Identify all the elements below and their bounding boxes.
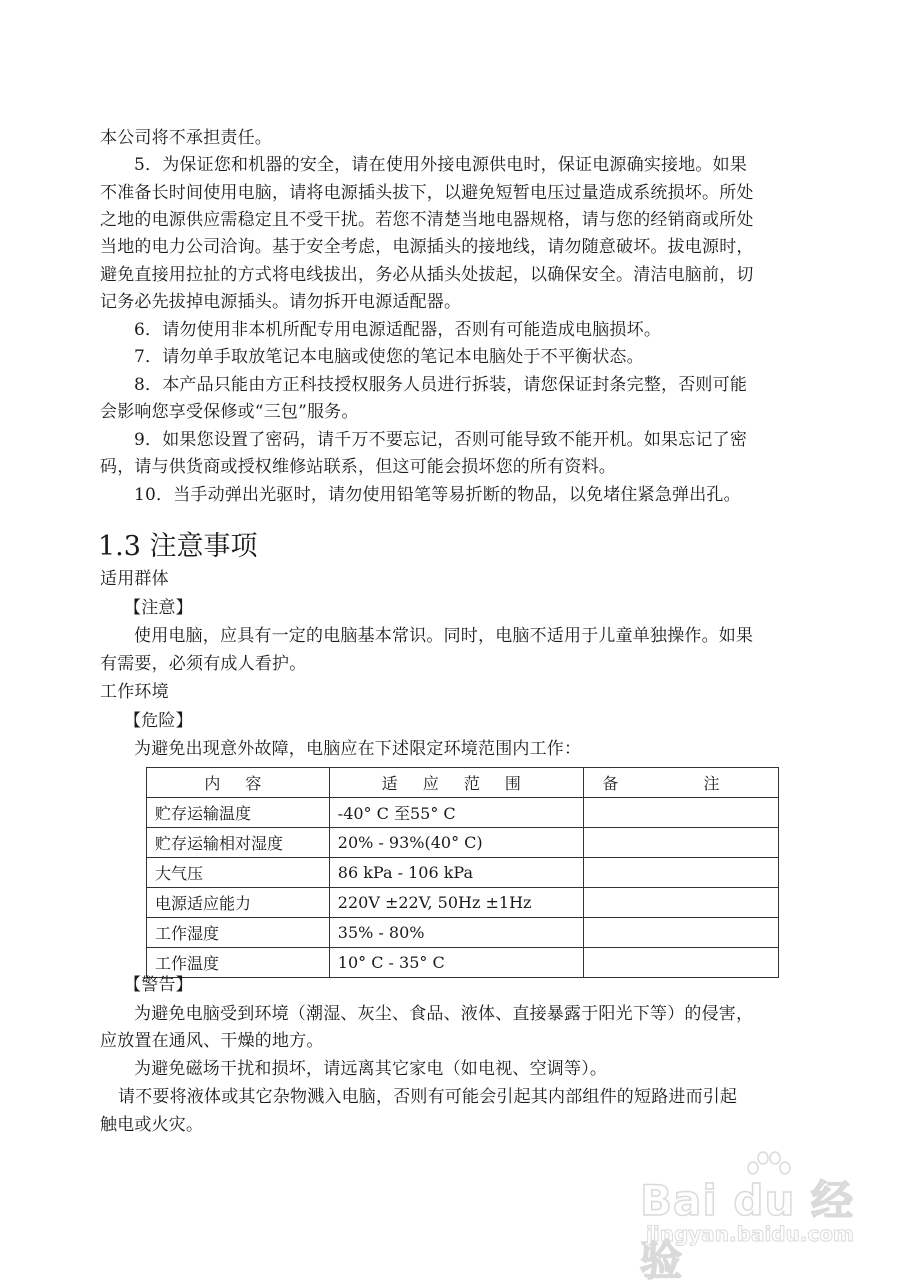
table-cell: -40° C 至55° C — [329, 798, 583, 828]
table-cell: 35% - 80% — [329, 918, 583, 948]
paragraph-line: 本公司将不承担责任。 — [100, 128, 272, 148]
subheading-environment: 工作环境 — [100, 682, 169, 702]
warning-line: 为避免磁场干扰和损坏，请远离其它家电（如电视、空调等）。 — [134, 1059, 607, 1079]
table-cell: 贮存运输相对湿度 — [147, 828, 330, 858]
table-header: 备 注 — [583, 768, 778, 798]
paragraph-line: 6．请勿使用非本机所配专用电源适配器，否则有可能造成电脑损坏。 — [134, 320, 661, 340]
table-cell: 贮存运输温度 — [147, 798, 330, 828]
section-heading: 1.3 注意事项 — [98, 530, 258, 564]
table-row: 工作湿度 35% - 80% — [147, 918, 779, 948]
document-page: 本公司将不承担责任。 5．为保证您和机器的安全，请在使用外接电源供电时，保证电源… — [0, 0, 906, 1280]
table-cell: 220V ±22V, 50Hz ±1Hz — [329, 888, 583, 918]
table-cell: 10° C - 35° C — [329, 948, 583, 978]
table-cell: 20% - 93%(40° C) — [329, 828, 583, 858]
table-cell — [583, 858, 778, 888]
danger-intro: 为避免出现意外故障，电脑应在下述限定环境范围内工作： — [134, 739, 581, 759]
paragraph-line: 9．如果您设置了密码，请千万不要忘记，否则可能导致不能开机。如果忘记了密 — [134, 430, 747, 450]
table-header-row: 内 容 适 应 范 围 备 注 — [147, 768, 779, 798]
paragraph-line: 记务必先拔掉电源插头。请勿拆开电源适配器。 — [100, 292, 461, 312]
paragraph-line: 8．本产品只能由方正科技授权服务人员进行拆装，请您保证封条完整，否则可能 — [134, 375, 747, 395]
notice-label: 【注意】 — [124, 598, 193, 618]
table-row: 贮存运输温度 -40° C 至55° C — [147, 798, 779, 828]
paragraph-line: 当地的电力公司洽询。基于安全考虑，电源插头的接地线，请勿随意破坏。拔电源时， — [100, 237, 754, 257]
table-cell — [583, 918, 778, 948]
warning-line: 请不要将液体或其它杂物溅入电脑，否则有可能会引起其内部组件的短路进而引起 — [118, 1087, 737, 1107]
notice-line: 有需要，必须有成人看护。 — [100, 654, 306, 674]
paragraph-line: 7．请勿单手取放笔记本电脑或使您的笔记本电脑处于不平衡状态。 — [134, 347, 644, 367]
warning-line: 应放置在通风、干燥的地方。 — [100, 1031, 324, 1051]
paragraph-line: 会影响您享受保修或“三包”服务。 — [100, 402, 359, 422]
paragraph-line: 5．为保证您和机器的安全，请在使用外接电源供电时，保证电源确实接地。如果 — [134, 155, 747, 175]
watermark-url: jingyan.baidu.com — [646, 1222, 854, 1246]
warning-line: 为避免电脑受到环境（潮湿、灰尘、食品、液体、直接暴露于阳光下等）的侵害， — [134, 1004, 753, 1024]
paragraph-line: 避免直接用拉扯的方式将电线拔出，务必从插头处拔起，以确保安全。清洁电脑前，切 — [100, 265, 754, 285]
table-cell — [583, 798, 778, 828]
table-row: 工作温度 10° C - 35° C — [147, 948, 779, 978]
table-row: 贮存运输相对湿度 20% - 93%(40° C) — [147, 828, 779, 858]
table-row: 电源适应能力 220V ±22V, 50Hz ±1Hz — [147, 888, 779, 918]
table-row: 大气压 86 kPa - 106 kPa — [147, 858, 779, 888]
table-cell: 工作温度 — [147, 948, 330, 978]
table-header: 内 容 — [147, 768, 330, 798]
table-cell: 86 kPa - 106 kPa — [329, 858, 583, 888]
table-cell: 工作湿度 — [147, 918, 330, 948]
table-cell: 大气压 — [147, 858, 330, 888]
warning-label: 【警告】 — [124, 975, 193, 995]
notice-line: 使用电脑，应具有一定的电脑基本常识。同时，电脑不适用于儿童单独操作。如果 — [134, 626, 753, 646]
paragraph-line: 10．当手动弹出光驱时，请勿使用铅笔等易折断的物品，以免堵住紧急弹出孔。 — [134, 485, 741, 505]
subheading-applicable: 适用群体 — [100, 569, 169, 589]
table-cell — [583, 888, 778, 918]
table-cell — [583, 828, 778, 858]
table-cell: 电源适应能力 — [147, 888, 330, 918]
paragraph-line: 不准备长时间使用电脑，请将电源插头拔下，以避免短暂电压过量造成系统损坏。所处 — [100, 183, 754, 203]
environment-table: 内 容 适 应 范 围 备 注 贮存运输温度 -40° C 至55° C 贮存运… — [146, 767, 779, 978]
table-header: 适 应 范 围 — [329, 768, 583, 798]
table-cell — [583, 948, 778, 978]
warning-line: 触电或火灾。 — [100, 1115, 203, 1135]
paragraph-line: 码，请与供货商或授权维修站联系，但这可能会损坏您的所有资料。 — [100, 457, 616, 477]
danger-label: 【危险】 — [124, 711, 193, 731]
baidu-jingyan-watermark: Bai du 经验 jingyan.baidu.com — [640, 1150, 880, 1260]
paragraph-line: 之地的电源供应需稳定且不受干扰。若您不清楚当地电器规格，请与您的经销商或所处 — [100, 210, 754, 230]
